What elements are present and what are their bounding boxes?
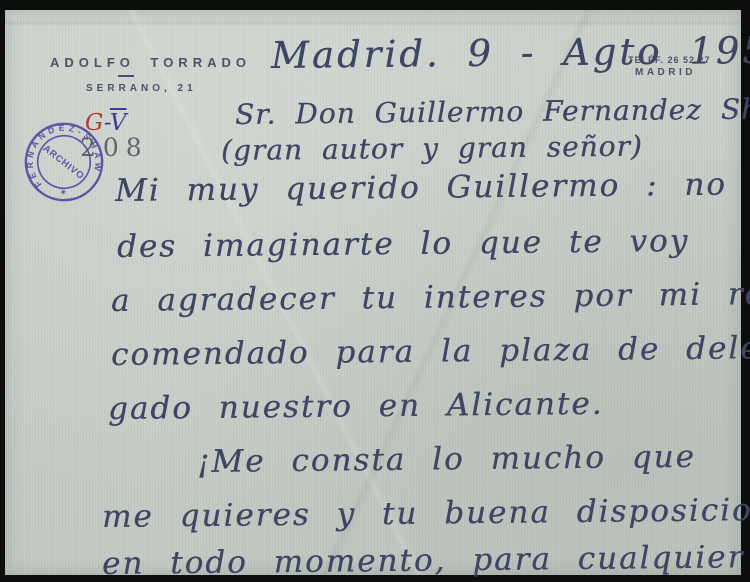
handwritten-line: en todo momento, para cualquier cosa (102, 538, 750, 582)
handwritten-recipient-subline: (gran autor y gran señor) (221, 130, 643, 167)
handwritten-line: a agradecer tu interes por mi re- (111, 276, 750, 319)
letter-scan-photo: ADOLFO TORRADO SERRANO, 21 TELÉF. 26 52 … (0, 0, 750, 582)
archive-number: 208 (80, 133, 149, 162)
letterhead-name: ADOLFO TORRADO (50, 55, 251, 70)
handwritten-line: me quieres y tu buena disposicion (102, 492, 750, 535)
handwritten-date-line: Madrid. 9 - Agto 1956 (271, 29, 750, 77)
handwritten-line: ¡Me consta lo mucho que (197, 439, 696, 480)
handwritten-line: comendado para la plaza de dele- (111, 330, 750, 373)
stamp-asterisk-icon: ✳ (60, 188, 67, 197)
letterhead-divider (118, 75, 134, 77)
handwritten-line: Mi muy querido Guillermo : no pue- (115, 166, 750, 209)
handwritten-line: des imaginarte lo que te voy (117, 223, 690, 265)
letter-paper: ADOLFO TORRADO SERRANO, 21 TELÉF. 26 52 … (5, 10, 741, 575)
handwritten-line: gado nuestro en Alicante. (108, 386, 604, 427)
handwritten-recipient-line: Sr. Don Guillermo Fernandez Shaw. (235, 92, 750, 131)
letterhead-address: SERRANO, 21 (86, 83, 197, 94)
